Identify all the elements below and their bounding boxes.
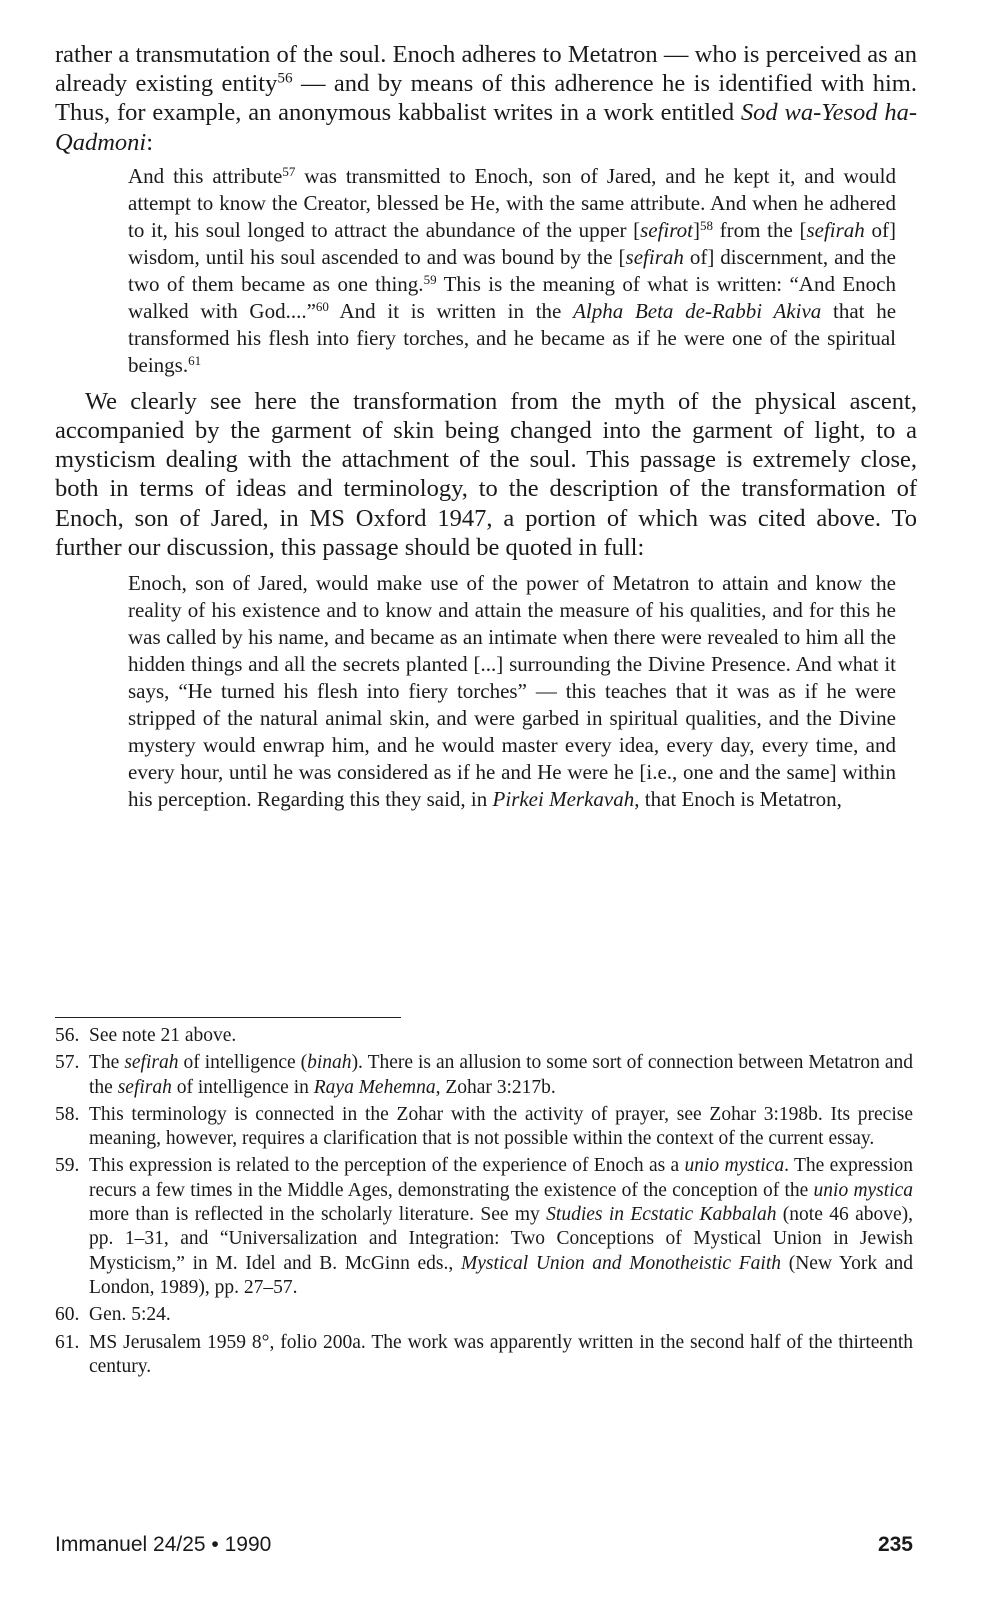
paragraph-2: We clearly see here the transformation f… (55, 387, 917, 562)
footnotes: 56. See note 21 above. 57. The sefirah o… (55, 1024, 913, 1382)
footnote-56: 56. See note 21 above. (55, 1024, 913, 1048)
page-body: rather a transmutation of the soul. Enoc… (55, 40, 917, 813)
footnote-59: 59. This expression is related to the pe… (55, 1154, 913, 1300)
footnote-61: 61. MS Jerusalem 1959 8°, folio 200a. Th… (55, 1331, 913, 1380)
journal-citation: Immanuel 24/25 • 1990 (55, 1533, 271, 1557)
paragraph-1: rather a transmutation of the soul. Enoc… (55, 40, 917, 157)
footnote-ref-60[interactable]: 60 (316, 299, 329, 314)
footnote-ref-57[interactable]: 57 (282, 164, 295, 179)
footnote-divider (55, 1017, 401, 1018)
footnote-ref-56[interactable]: 56 (277, 70, 292, 87)
page-footer: Immanuel 24/25 • 1990 235 (55, 1533, 913, 1557)
footnote-ref-58[interactable]: 58 (700, 218, 713, 233)
block-quote-2: Enoch, son of Jared, would make use of t… (128, 570, 896, 813)
footnote-57: 57. The sefirah of intelligence (binah).… (55, 1051, 913, 1100)
footnote-58: 58. This terminology is connected in the… (55, 1103, 913, 1152)
footnote-ref-59[interactable]: 59 (424, 272, 437, 287)
block-quote-1: And this attribute57 was transmitted to … (128, 163, 896, 379)
footnote-60: 60. Gen. 5:24. (55, 1303, 913, 1327)
page-number: 235 (878, 1533, 913, 1557)
footnote-ref-61[interactable]: 61 (188, 353, 201, 368)
